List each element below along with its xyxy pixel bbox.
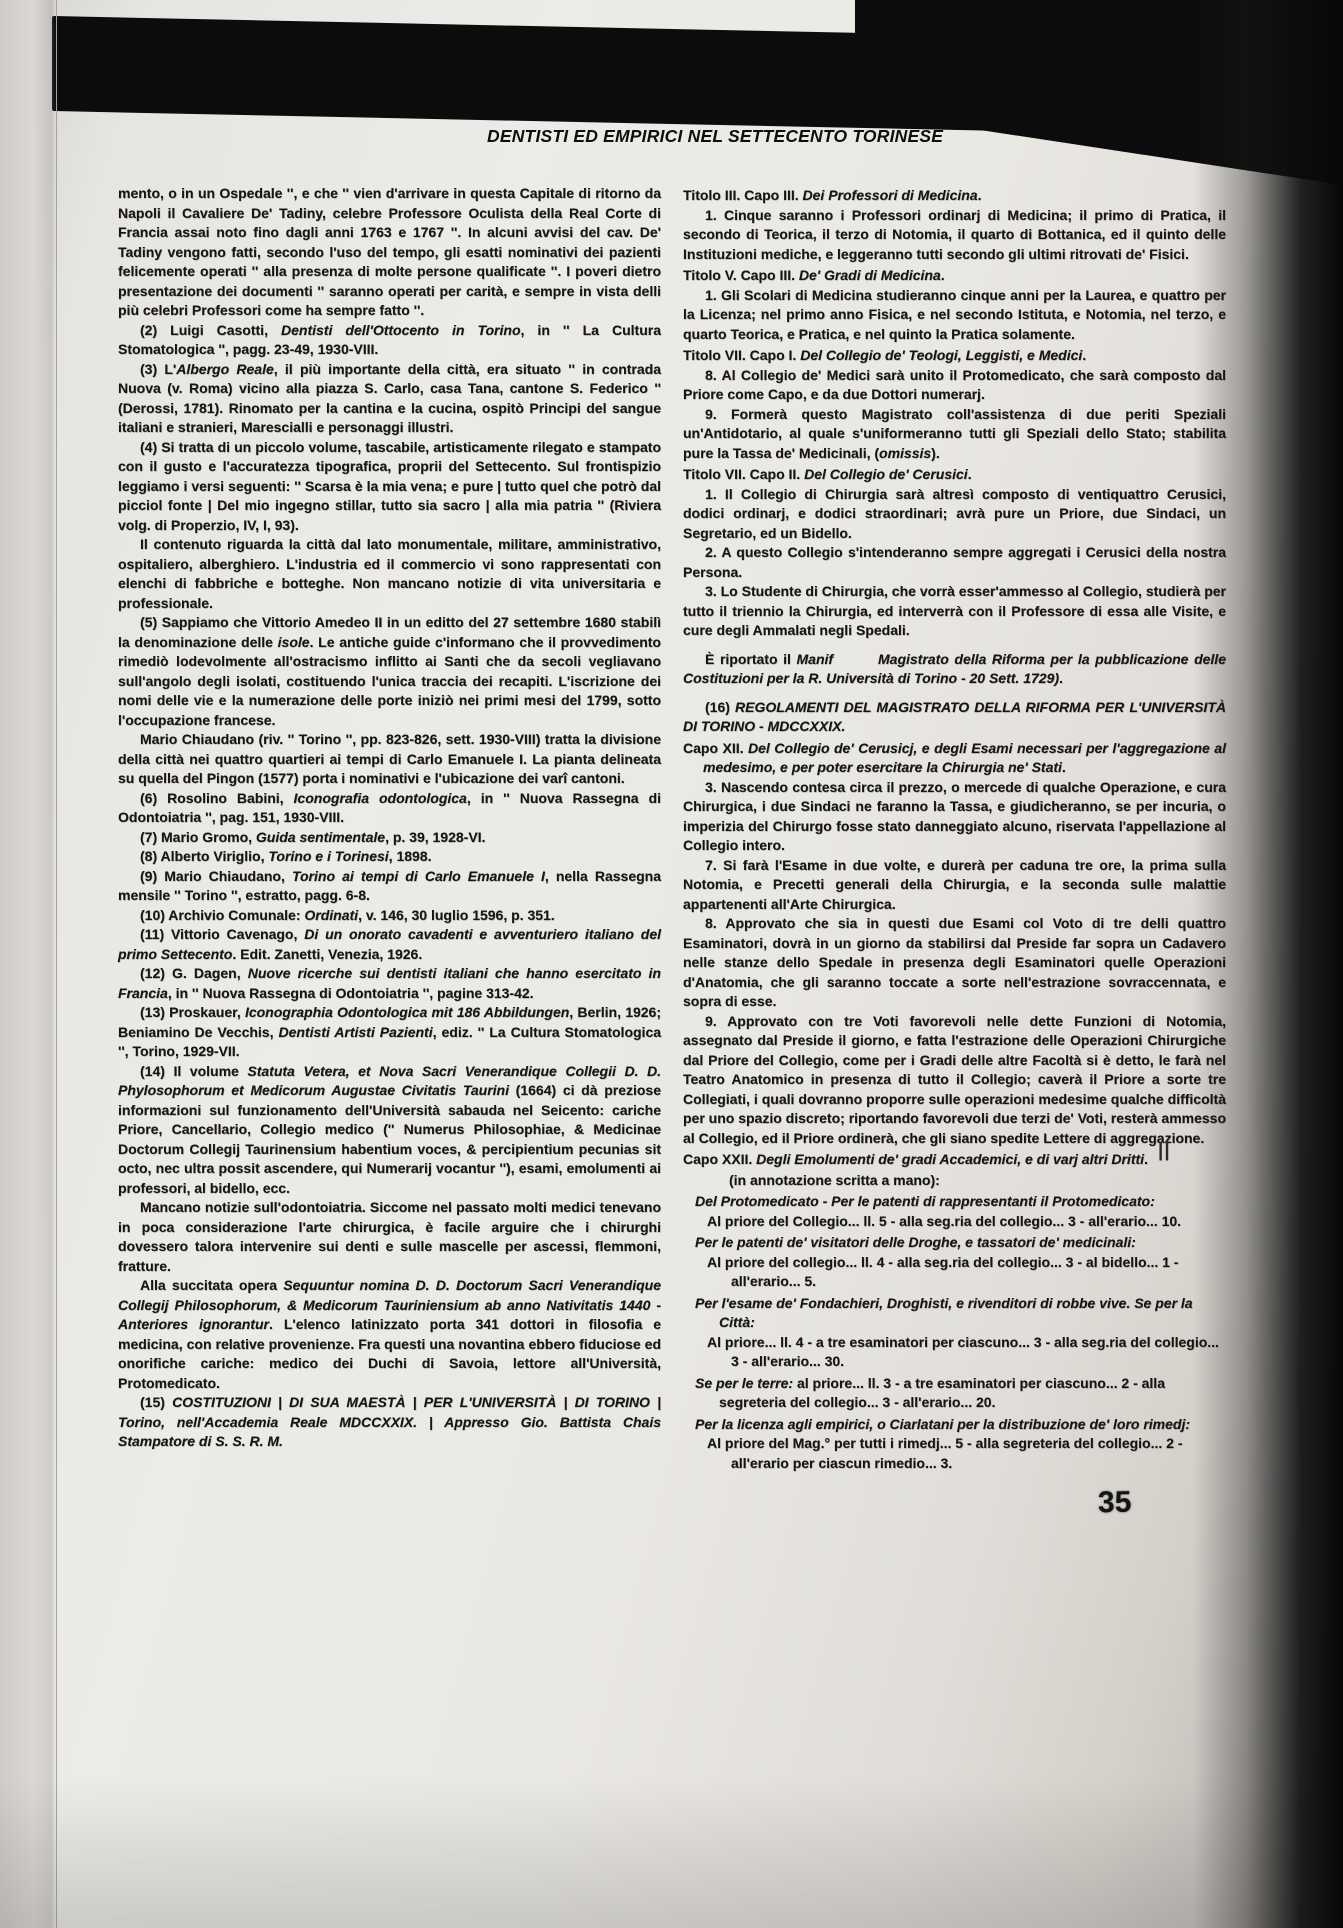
footnote-paragraph: (8) Alberto Viriglio, Torino e i Torines… (118, 847, 661, 867)
statute-paragraph: 1. Il Collegio di Chirurgia sarà altresì… (683, 485, 1226, 544)
statute-paragraph: Al priore del collegio... ll. 4 - alla s… (683, 1253, 1226, 1292)
statute-paragraph: Capo XII. Del Collegio de' Cerusicj, e d… (683, 739, 1226, 778)
statute-paragraph: 1. Cinque saranno i Professori ordinarj … (683, 206, 1226, 265)
footnote-paragraph: Mancano notizie sull'odontoiatria. Sicco… (118, 1198, 661, 1276)
statute-paragraph: 1. Gli Scolari di Medicina studieranno c… (683, 286, 1226, 345)
margin-mark: || (1158, 1140, 1171, 1162)
text-columns: mento, o in un Ospedale '', e che '' vie… (118, 184, 1226, 1473)
statute-paragraph: Per la licenza agli empirici, o Ciarlata… (683, 1415, 1226, 1435)
footnote-paragraph: (14) Il volume Statuta Vetera, et Nova S… (118, 1062, 661, 1199)
scanned-page: DENTISTI ED EMPIRICI NEL SETTECENTO TORI… (0, 0, 1343, 1928)
left-column: mento, o in un Ospedale '', e che '' vie… (118, 184, 661, 1473)
statute-paragraph: Titolo III. Capo III. Dei Professori di … (683, 186, 1226, 206)
footnote-paragraph: (12) G. Dagen, Nuove ricerche sui dentis… (118, 964, 661, 1003)
footnote-paragraph: (7) Mario Gromo, Guida sentimentale, p. … (118, 828, 661, 848)
statute-paragraph: Al priore del Mag.° per tutti i rimedj..… (683, 1434, 1226, 1473)
statute-paragraph: 3. Nascendo contesa circa il prezzo, o m… (683, 778, 1226, 856)
page-number: 35 (1098, 1486, 1132, 1521)
footnote-paragraph: (15) COSTITUZIONI | DI SUA MAESTÀ | PER … (118, 1393, 661, 1452)
statute-paragraph: Del Protomedicato - Per le patenti di ra… (683, 1192, 1226, 1212)
footnote-paragraph: (2) Luigi Casotti, Dentisti dell'Ottocen… (118, 321, 661, 360)
statute-paragraph: È riportato il Manif Magistrato della Ri… (683, 650, 1226, 689)
running-header: DENTISTI ED EMPIRICI NEL SETTECENTO TORI… (487, 126, 943, 147)
footnote-paragraph: Alla succitata opera Sequuntur nomina D.… (118, 1276, 661, 1393)
statute-paragraph: Titolo V. Capo III. De' Gradi di Medicin… (683, 266, 1226, 286)
footnote-paragraph: (6) Rosolino Babini, Iconografia odontol… (118, 789, 661, 828)
scan-bottom-shade (0, 1778, 1343, 1928)
footnote-paragraph: mento, o in un Ospedale '', e che '' vie… (118, 184, 661, 321)
statute-paragraph: Al priore... ll. 4 - a tre esaminatori p… (683, 1333, 1226, 1372)
statute-paragraph: Per l'esame de' Fondachieri, Droghisti, … (683, 1294, 1226, 1333)
footnote-paragraph: (5) Sappiamo che Vittorio Amedeo II in u… (118, 613, 661, 730)
footnote-paragraph: (4) Si tratta di un piccolo volume, tasc… (118, 438, 661, 536)
statute-paragraph: (16) REGOLAMENTI DEL MAGISTRATO DELLA RI… (683, 698, 1226, 737)
right-column: Titolo III. Capo III. Dei Professori di … (683, 184, 1226, 1473)
scan-left-edge (0, 0, 57, 1928)
statute-paragraph: 9. Formerà questo Magistrato coll'assist… (683, 405, 1226, 464)
statute-paragraph: Titolo VII. Capo II. Del Collegio de' Ce… (683, 465, 1226, 485)
statute-paragraph: 7. Si farà l'Esame in due volte, e durer… (683, 856, 1226, 915)
statute-paragraph: Al priore del Collegio... ll. 5 - alla s… (683, 1212, 1226, 1232)
footnote-paragraph: Il contenuto riguarda la città dal lato … (118, 535, 661, 613)
footnote-paragraph: (13) Proskauer, Iconographia Odontologic… (118, 1003, 661, 1062)
statute-paragraph: 8. Approvato che sia in questi due Esami… (683, 914, 1226, 1012)
footnote-paragraph: (9) Mario Chiaudano, Torino ai tempi di … (118, 867, 661, 906)
statute-paragraph: 2. A questo Collegio s'intenderanno semp… (683, 543, 1226, 582)
statute-paragraph: 8. Al Collegio de' Medici sarà unito il … (683, 366, 1226, 405)
statute-paragraph: 3. Lo Studente di Chirurgia, che vorrà e… (683, 582, 1226, 641)
footnote-paragraph: Mario Chiaudano (riv. '' Torino '', pp. … (118, 730, 661, 789)
statute-paragraph: Se per le terre: al priore... ll. 3 - a … (683, 1374, 1226, 1413)
footnote-paragraph: (11) Vittorio Cavenago, Di un onorato ca… (118, 925, 661, 964)
statute-paragraph: Titolo VII. Capo I. Del Collegio de' Teo… (683, 346, 1226, 366)
footnote-paragraph: (3) L'Albergo Reale, il più importante d… (118, 360, 661, 438)
statute-paragraph: Capo XXII. Degli Emolumenti de' gradi Ac… (683, 1150, 1226, 1170)
statute-paragraph: 9. Approvato con tre Voti favorevoli nel… (683, 1012, 1226, 1149)
footnote-paragraph: (10) Archivio Comunale: Ordinati, v. 146… (118, 906, 661, 926)
statute-paragraph: (in annotazione scritta a mano): (683, 1171, 1226, 1191)
statute-paragraph: Per le patenti de' visitatori delle Drog… (683, 1233, 1226, 1253)
